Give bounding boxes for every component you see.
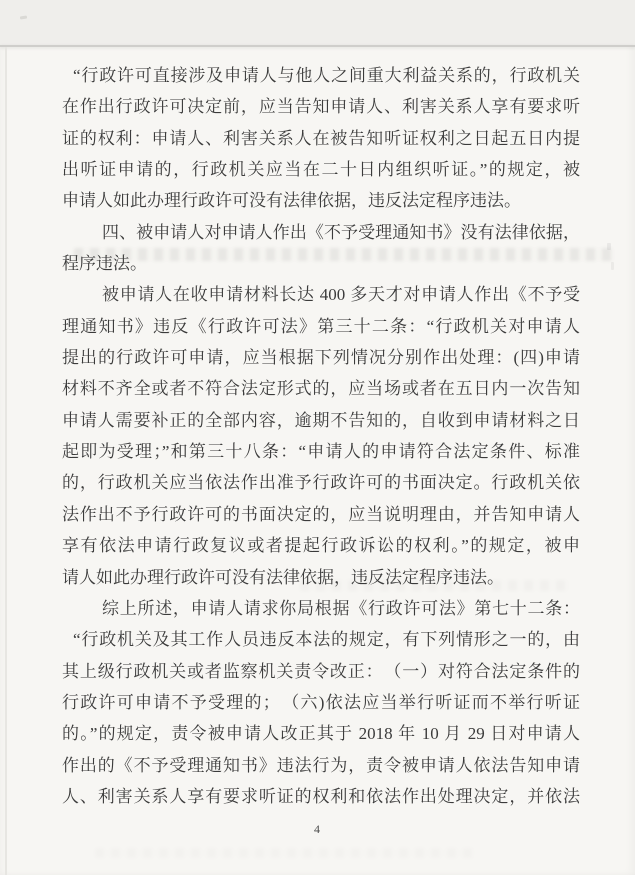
document-line: 的，行政机关应当依法作出准予行政许可的书面决定。行政机关依 — [62, 467, 580, 498]
document-line: “行政机关及其工作人员违反本法的规定，有下列情形之一的，由 — [62, 624, 580, 655]
document-line: “行政许可直接涉及申请人与他人之间重大利益关系的，行政机关 — [62, 60, 580, 91]
document-line: 证的权利：申请人、利害关系人在被告知听证权利之日起五日内提 — [62, 123, 580, 154]
document-line: 作出的《不予受理通知书》违法行为，责令被申请人依法告知申请 — [62, 750, 580, 781]
document-line: 法作出不予行政许可的书面决定的，应当说明理由，并告知申请人 — [62, 499, 580, 530]
bleed-through-artifact — [95, 848, 475, 858]
document-line: 申请人如此办理行政许可没有法律依据，违反法定程序违法。 — [62, 185, 580, 216]
scanned-document-page: “行政许可直接涉及申请人与他人之间重大利益关系的，行政机关 在作出行政许可决定前… — [0, 0, 635, 875]
scanner-background-strip — [0, 0, 635, 45]
scan-speck-artifact — [611, 262, 614, 270]
document-line: 其上级行政机关或者监察机关责令改正： （一）对符合法定条件的 — [62, 656, 580, 687]
document-line: 的。”的规定，责令被申请人改正其于 2018 年 10 月 29 日对申请人 — [62, 718, 580, 749]
document-line: 材料不齐全或者不符合法定形式的，应当场或者在五日内一次告知 — [62, 373, 580, 404]
document-body-text: “行政许可直接涉及申请人与他人之间重大利益关系的，行政机关 在作出行政许可决定前… — [62, 60, 580, 812]
paper-top-edge-line — [0, 45, 635, 47]
document-line: 享有依法申请行政复议或者提起行政诉讼的权利。”的规定，被申 — [62, 530, 580, 561]
document-line: 在作出行政许可决定前，应当告知申请人、利害关系人享有要求听 — [62, 91, 580, 122]
document-line: 理通知书》违反《行政许可法》第三十二条：“行政机关对申请人 — [62, 311, 580, 342]
document-line: 程序违法。 — [62, 248, 580, 279]
document-line: 起即为受理；”和第三十八条：“申请人的申请符合法定条件、标准 — [62, 436, 580, 467]
document-line: 请人如此办理行政许可没有法律依据，违反法定程序违法。 — [62, 562, 580, 593]
document-line: 出听证申请的，行政机关应当在二十日内组织听证。”的规定，被 — [62, 154, 580, 185]
document-line: 综上所述，申请人请求你局根据《行政许可法》第七十二条： — [62, 593, 580, 624]
document-line: 人、利害关系人享有要求听证的权利和依法作出处理决定，并依法 — [62, 781, 580, 812]
document-line: 行政许可申请不予受理的； （六)依法应当举行听证而不举行听证 — [62, 687, 580, 718]
document-line: 申请人需要补正的全部内容，逾期不告知的，自收到申请材料之日 — [62, 405, 580, 436]
page-number: 4 — [0, 822, 635, 837]
document-line: 四、被申请人对申请人作出《不予受理通知书》没有法律依据， — [62, 217, 580, 248]
document-line: 被申请人在收申请材料长达 400 多天才对申请人作出《不予受 — [62, 279, 580, 310]
document-line: 提出的行政许可申请，应当根据下列情况分别作出处理：(四)申请 — [62, 342, 580, 373]
scan-left-edge-artifact — [5, 47, 7, 875]
